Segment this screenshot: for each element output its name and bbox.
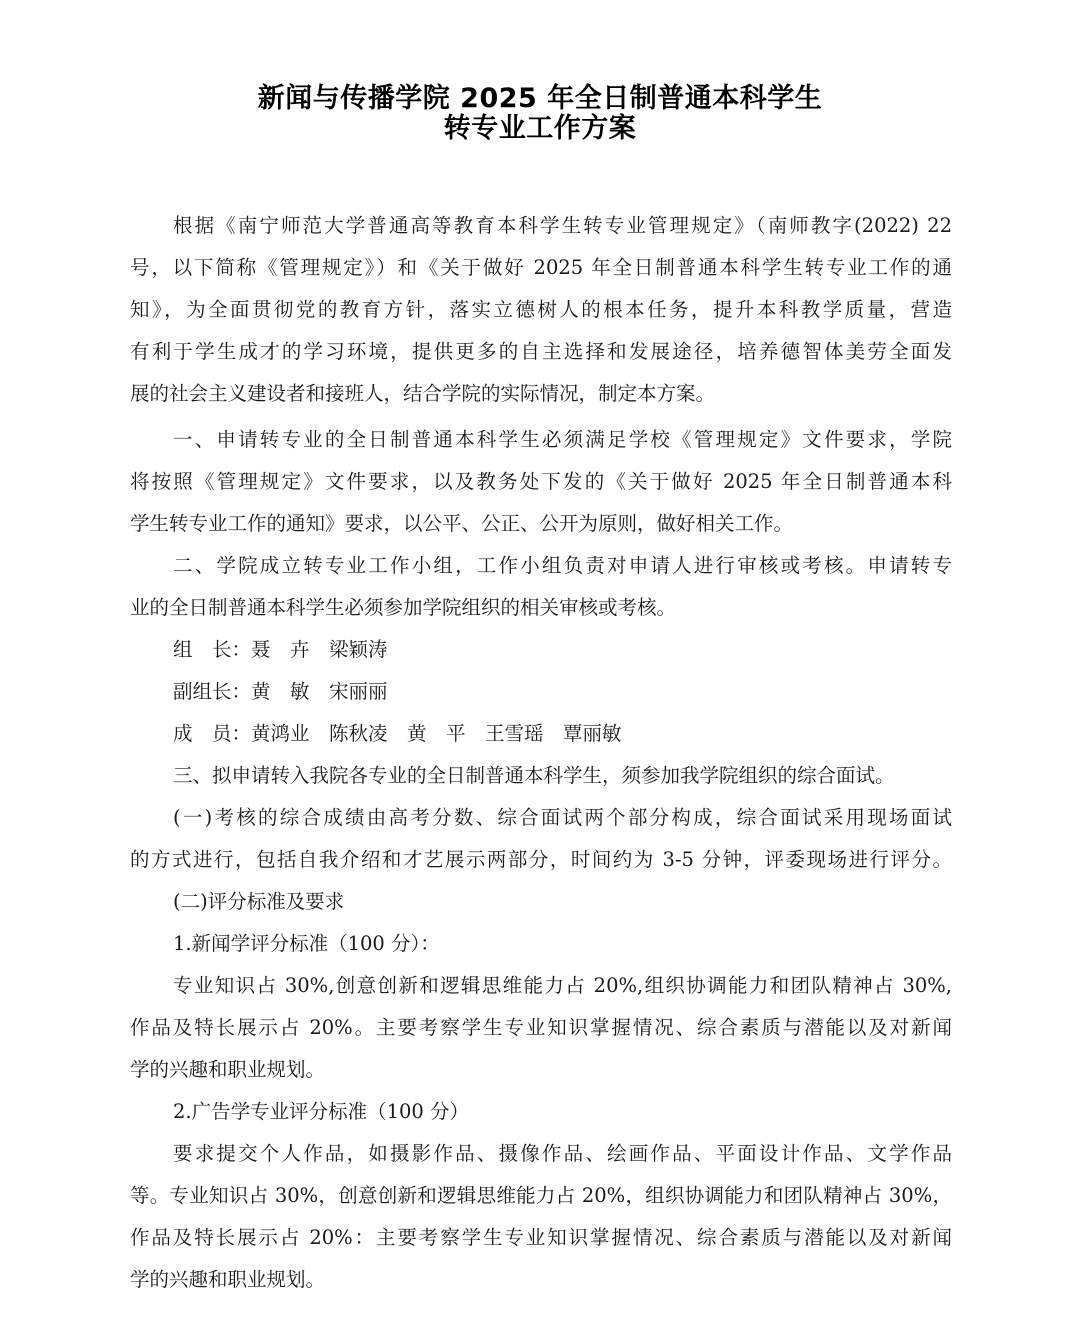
intro-line: 根据《南宁师范大学普通高等教育本科学生转专业管理规定》（南师教字(2022) 2… (173, 212, 952, 240)
section3-sub1-line: 的方式进行，包括自我介绍和才艺展示两部分，时间约为 3-5 分钟，评委现场进行评… (130, 846, 952, 874)
document-title-line2: 转专业工作方案 (0, 106, 1080, 145)
advertising-line: 学的兴趣和职业规划。 (130, 1266, 952, 1294)
section1-line: 学生转专业工作的通知》要求，以公平、公正、公开为原则，做好相关工作。 (130, 510, 952, 538)
group-members-row: 成 员：黄鸿业 陈秋凌 黄 平 王雪瑶 覃丽敏 (173, 720, 622, 748)
section1-line: 将按照《管理规定》文件要求，以及教务处下发的《关于做好 2025 年全日制普通本… (130, 468, 952, 496)
advertising-heading: 2.广告学专业评分标准（100 分） (173, 1098, 952, 1126)
intro-line: 号，以下简称《管理规定》）和《关于做好 2025 年全日制普通本科学生转专业工作… (130, 254, 952, 282)
member-names: 黄鸿业 陈秋凌 黄 平 王雪瑶 覃丽敏 (251, 722, 622, 745)
intro-line: 知》，为全面贯彻党的教育方针，落实立德树人的根本任务，提升本科教学质量，营造 (130, 296, 952, 324)
journalism-line: 作品及特长展示占 20%。主要考察学生专业知识掌握情况、综合素质与潜能以及对新闻 (130, 1014, 952, 1042)
journalism-heading: 1.新闻学评分标准（100 分）： (173, 930, 952, 958)
member-names: 黄 敏 宋丽丽 (251, 680, 388, 703)
section3-heading: 三、拟申请转入我院各专业的全日制普通本科学生，须参加我学院组织的综合面试。 (173, 762, 952, 790)
intro-line: 展的社会主义建设者和接班人，结合学院的实际情况，制定本方案。 (130, 380, 952, 408)
group-leader-row: 组 长：聂 卉 梁颖涛 (173, 636, 388, 664)
section3-sub2-heading: (二)评分标准及要求 (173, 888, 952, 916)
member-names: 聂 卉 梁颖涛 (251, 638, 388, 661)
role-label: 副组长： (173, 680, 251, 703)
group-deputy-row: 副组长：黄 敏 宋丽丽 (173, 678, 388, 706)
advertising-line: 要求提交个人作品，如摄影作品、摄像作品、绘画作品、平面设计作品、文学作品 (173, 1140, 952, 1168)
journalism-line: 学的兴趣和职业规划。 (130, 1056, 952, 1084)
role-label: 组 长： (173, 638, 251, 661)
intro-line: 有利于学生成才的学习环境，提供更多的自主选择和发展途径，培养德智体美劳全面发 (130, 338, 952, 366)
section3-sub1-line: (一)考核的综合成绩由高考分数、综合面试两个部分构成，综合面试采用现场面试 (173, 804, 952, 832)
section1-line: 一、申请转专业的全日制普通本科学生必须满足学校《管理规定》文件要求，学院 (173, 426, 952, 454)
journalism-line: 专业知识占 30%,创意创新和逻辑思维能力占 20%,组织协调能力和团队精神占 … (173, 972, 952, 1000)
advertising-line: 等。专业知识占 30%，创意创新和逻辑思维能力占 20%，组织协调能力和团队精神… (130, 1182, 952, 1210)
section2-line: 二、学院成立转专业工作小组，工作小组负责对申请人进行审核或考核。申请转专 (173, 552, 952, 580)
advertising-line: 作品及特长展示占 20%：主要考察学生专业知识掌握情况、综合素质与潜能以及对新闻 (130, 1224, 952, 1252)
section2-line: 业的全日制普通本科学生必须参加学院组织的相关审核或考核。 (130, 594, 952, 622)
role-label: 成 员： (173, 722, 251, 745)
